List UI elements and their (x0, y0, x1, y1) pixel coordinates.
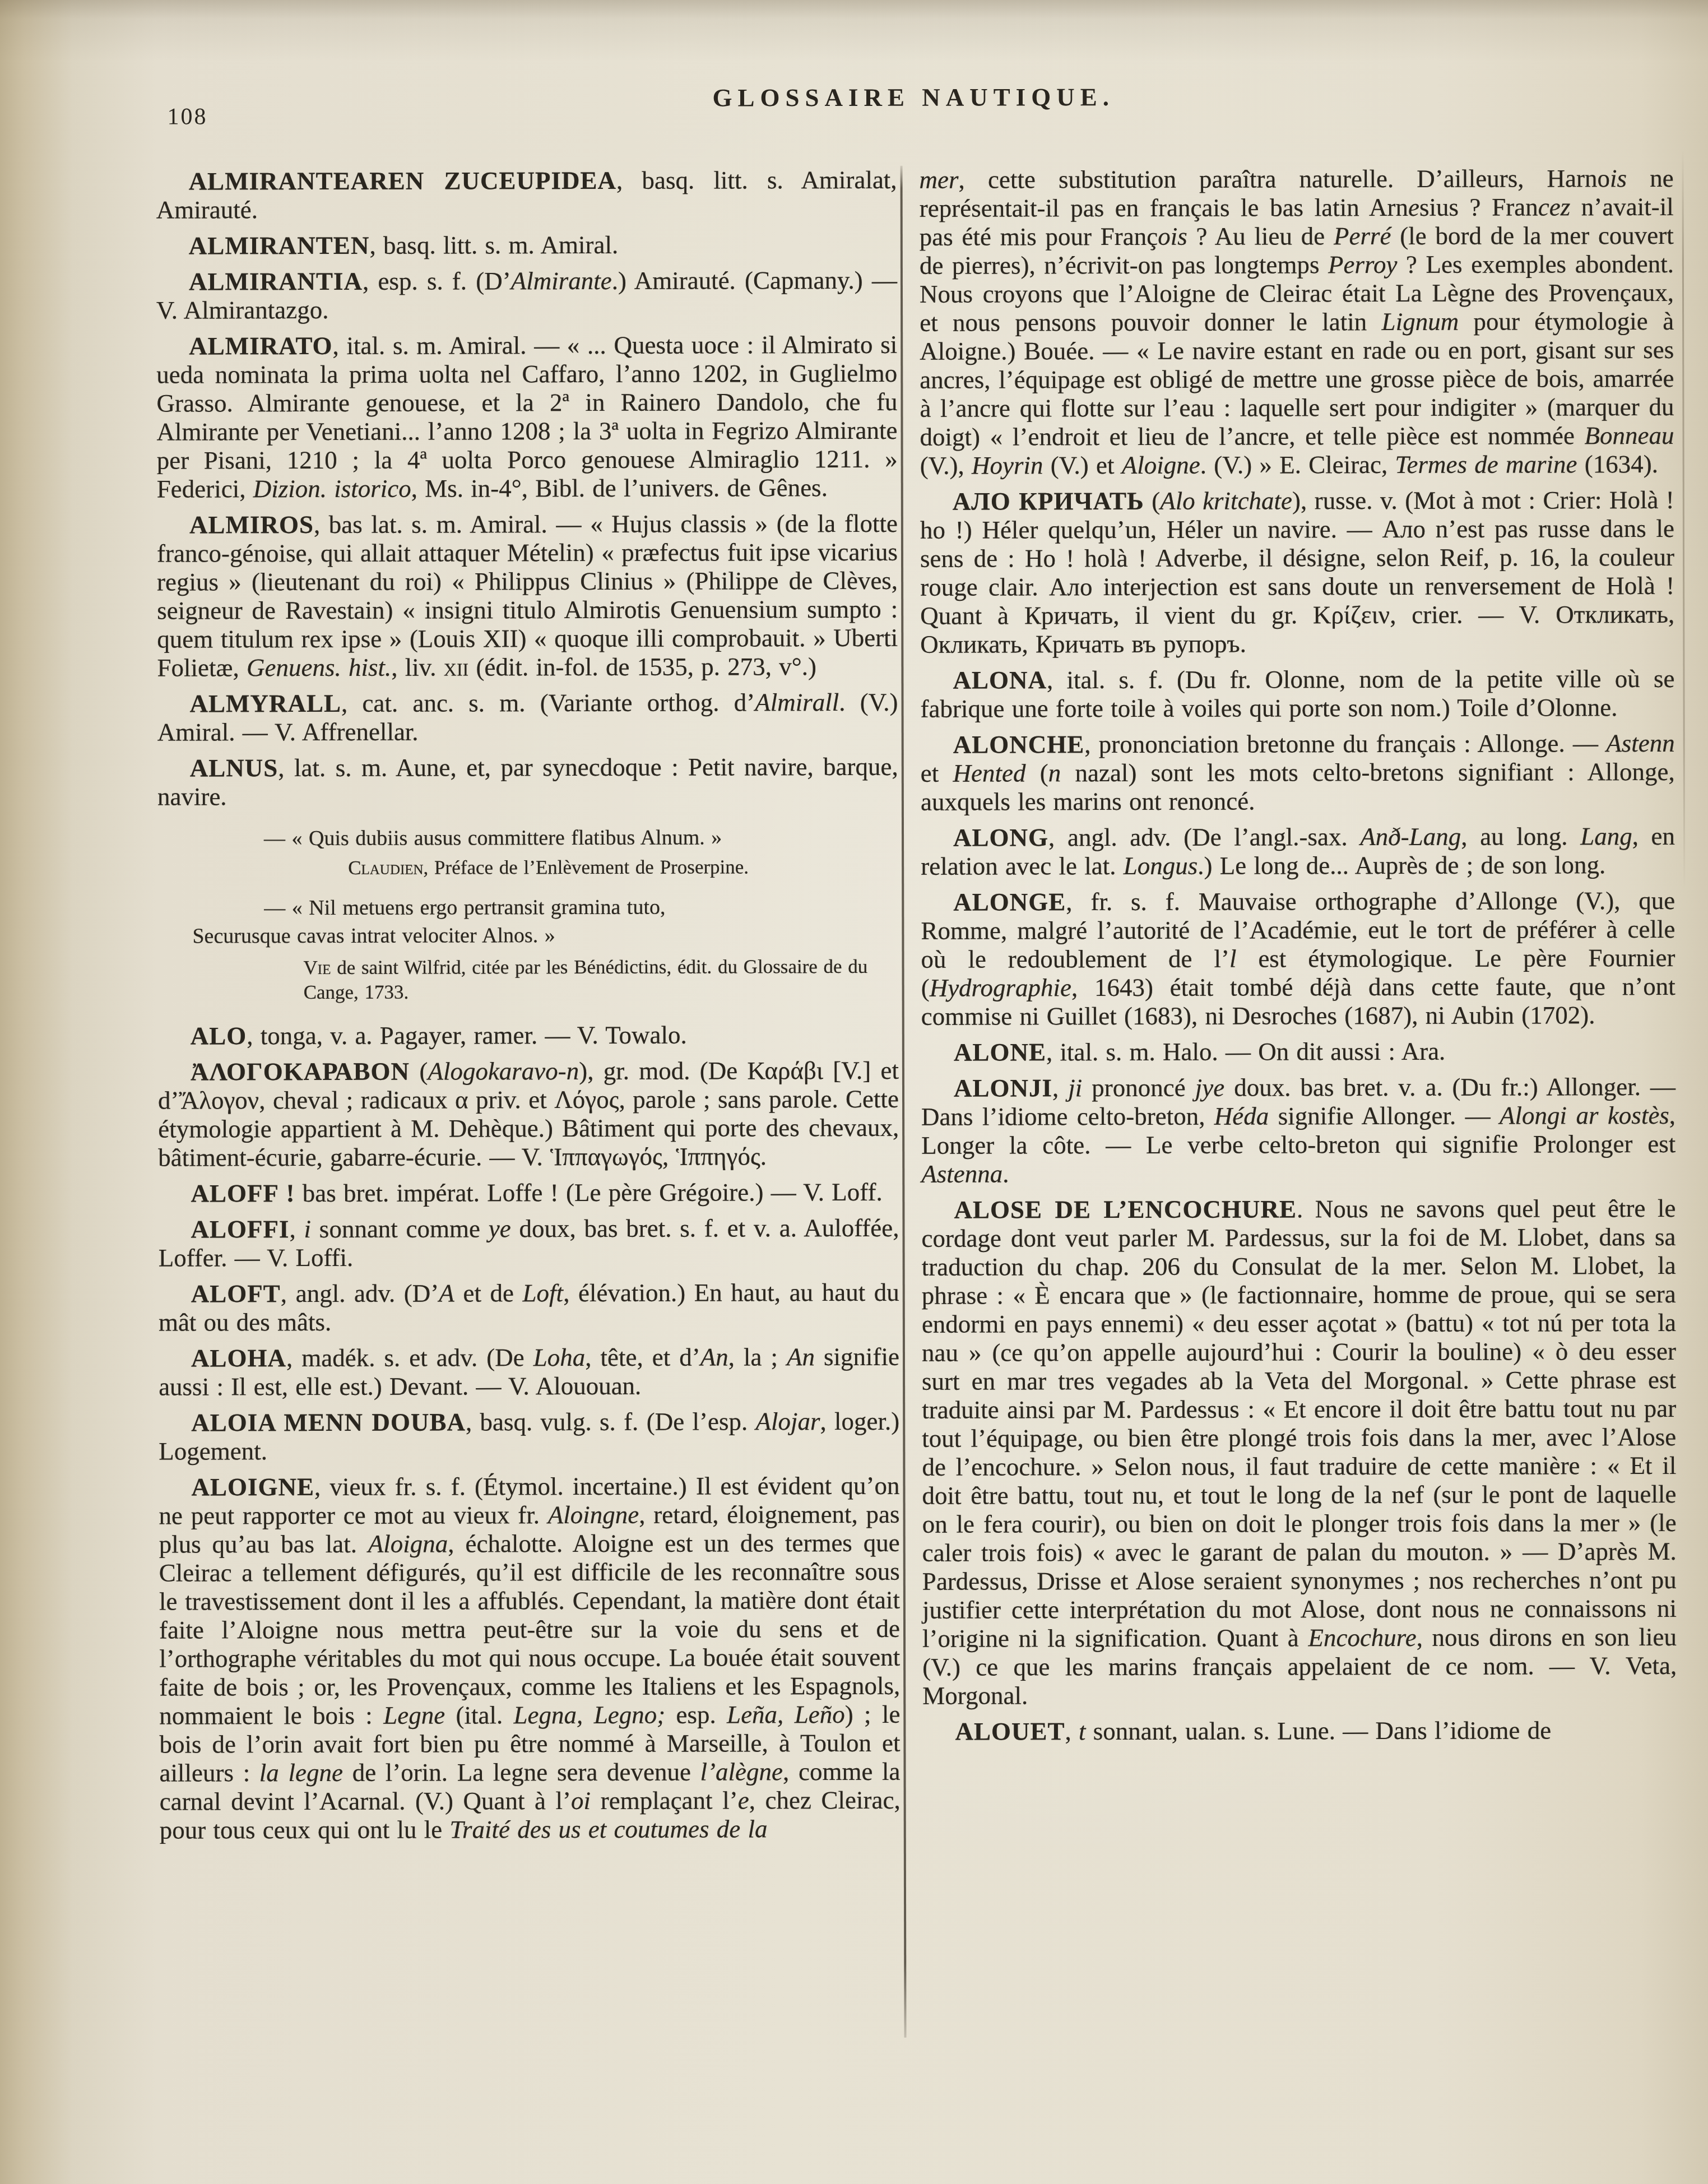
verse-wilfrid-line2: Securusque cavas intrat velociter Alnos.… (192, 922, 898, 949)
text-run: sonnant, ualan. s. Lune. — Dans l’idiome… (1085, 1716, 1551, 1745)
text-run: n (1048, 759, 1061, 787)
text-run: Vie (303, 957, 331, 979)
text-run: , (289, 1215, 304, 1243)
attribution-wilfrid: Vie de saint Wilfrid, citée par les Béné… (303, 954, 881, 1005)
text-run: (ital. (445, 1701, 514, 1729)
text-run: Hented (953, 759, 1025, 787)
right-column: mer, cette substitution paraîtra naturel… (920, 164, 1677, 1754)
text-run: Aloingne (548, 1501, 639, 1529)
text-run: , Ms. in-4°, Bibl. de l’univers. de Gêne… (411, 474, 828, 503)
entry-aloha: ALOHA, madék. s. et adv. (De Loha, tête,… (159, 1343, 899, 1402)
text-run: la legne (259, 1759, 343, 1787)
text-run: Alojar (755, 1407, 820, 1435)
text-run: ( (410, 1058, 428, 1086)
entry-along: ALONG, angl. adv. (De l’angl.-sax. Anð-L… (921, 822, 1675, 881)
text-run: Bonneau (1585, 421, 1674, 449)
entry-alonche: ALONCHE, prononciation bretonne du franç… (921, 729, 1675, 817)
entry-aloigne-continuation: mer, cette substitution paraîtra naturel… (920, 164, 1674, 480)
text-run: Traité des us et coutumes de la (449, 1815, 767, 1843)
text-run: Anð-Lang (1360, 823, 1461, 851)
text-run: , basq. vulg. s. f. (De l’esp. (466, 1407, 756, 1436)
text-run: Aloigne (1122, 451, 1200, 479)
page-edge-line (1682, 150, 1685, 889)
text-run: Hydrographie (930, 973, 1071, 1002)
entry-headword: ALMIROS (189, 511, 314, 539)
text-run: , prononciation bretonne du français : A… (1084, 729, 1606, 758)
text-run: Loft (522, 1279, 563, 1307)
entry-headword: ALOSE DE L’ENCOCHURE (954, 1195, 1297, 1223)
entry-almirantia: ALMIRANTIA, esp. s. f. (D’Almirante.) Am… (156, 266, 897, 325)
text-run: ( (1025, 759, 1048, 787)
text-run: . Nous ne savons quel peut être le corda… (921, 1194, 1676, 1653)
text-run: , ital. s. m. Halo. — On dit aussi : Ara… (1046, 1037, 1446, 1066)
text-run: An (787, 1343, 815, 1371)
text-run: ois (1158, 222, 1187, 251)
text-run: — « Quis dubiis ausus committere flatibu… (264, 826, 722, 850)
text-run: , (1052, 1074, 1068, 1102)
text-run: i (304, 1215, 312, 1243)
text-run: Leña, Leño (727, 1700, 845, 1728)
text-run: Legne (383, 1701, 445, 1729)
entry-headword: ALMYRALL (189, 689, 341, 718)
text-run: , cette substitution paraîtra naturelle.… (959, 164, 1610, 193)
verse-wilfrid-line1: — « Nil metuens ergo pertransit gramina … (264, 894, 898, 921)
text-run: Alongi ar kostès (1500, 1101, 1669, 1130)
text-run: Legna, Legno; (513, 1701, 665, 1729)
text-run: Astenn (1606, 729, 1675, 757)
text-run: , (1065, 1717, 1079, 1745)
entry-aloia-menn-douba: ALOIA MENN DOUBA, basq. vulg. s. f. (De … (159, 1407, 899, 1466)
text-run: Longus (1124, 852, 1198, 880)
text-run: Encochure (1308, 1624, 1416, 1652)
text-run: et (921, 759, 953, 787)
text-run: Termes de marine (1395, 450, 1577, 479)
text-run: Genuens. hist. (247, 653, 391, 682)
text-run: , esp. s. f. (D’ (363, 267, 511, 295)
entry-headword: ALMIRANTIA (189, 267, 363, 296)
text-run: oi (571, 1787, 591, 1815)
entry-alo-kritchate: АЛО КРИЧАТЬ (Alo kritchate), russe. v. (… (920, 486, 1675, 659)
entry-alonji: ALONJI, ji prononcé jye doux. bas bret. … (921, 1073, 1675, 1189)
entry-almiros: ALMIROS, bas lat. s. m. Amiral. — « Huju… (157, 509, 898, 683)
entry-alonge: ALONGE, fr. s. f. Mauvaise orthographe d… (921, 887, 1675, 1031)
text-run: prononcé (1082, 1074, 1195, 1102)
book-page: 108 GLOSSAIRE NAUTIQUE. ALMIRANTEAREN ZU… (0, 0, 1708, 2184)
entry-headword: АЛО КРИЧАТЬ (953, 487, 1144, 516)
text-run: Claudien (348, 857, 424, 879)
entry-headword: ALOIA MENN DOUBA (191, 1408, 466, 1436)
entry-alona: ALONA, ital. s. f. (Du fr. Olonne, nom d… (920, 665, 1674, 724)
text-run: .) Le long de... Auprès de ; de son long… (1198, 851, 1605, 880)
column-divider-rule (901, 166, 907, 2038)
entry-alogokaravon: ἈΛΟΓΟΚΑΡΑΒΟΝ (Alogokaravo-n), gr. mod. (… (158, 1056, 899, 1172)
text-run: , madék. s. et adv. (De (286, 1343, 533, 1372)
entry-headword: ALMIRATO (189, 332, 332, 360)
text-run: Alo kritchate (1160, 486, 1292, 514)
text-run: Hoyrin (972, 451, 1043, 479)
text-run: , échalotte. Aloigne est un des termes q… (159, 1529, 901, 1730)
text-run: , tonga, v. a. Pagayer, ramer. — V. Towa… (247, 1021, 687, 1050)
text-run: t (1079, 1717, 1086, 1745)
text-run: sius ? Fran (1419, 193, 1538, 221)
text-run: Almirante (511, 267, 612, 295)
entry-alouet: ALOUET, t sonnant, ualan. s. Lune. — Dan… (922, 1716, 1677, 1746)
attribution-claudien: Claudien, Préface de l’Enlèvement de Pro… (348, 855, 898, 880)
text-run: remplaçant l’ (591, 1786, 738, 1815)
verse-claudien: — « Quis dubiis ausus committere flatibu… (264, 824, 898, 851)
text-run: . (V.) » E. Cleirac, (1200, 451, 1395, 479)
entry-headword: ALONA (953, 666, 1047, 694)
text-run: A (439, 1279, 454, 1307)
text-run: mer (920, 166, 959, 194)
text-run: (édit. in-fol. de 1535, p. 273, v°.) (468, 652, 816, 681)
text-run: l (1229, 945, 1237, 973)
text-run: Alogokaravo-n (428, 1057, 579, 1086)
text-run: Almirall (755, 688, 839, 716)
text-run: Dizion. istorico (253, 475, 411, 503)
entry-almirato: ALMIRATO, ital. s. m. Amiral. — « ... Qu… (156, 331, 898, 504)
text-run: e (1408, 193, 1419, 221)
text-run: e (738, 1786, 749, 1814)
text-run: (V.), (920, 452, 972, 480)
entry-alose-de-l-encochure: ALOSE DE L’ENCOCHURE. Nous ne savons que… (921, 1194, 1677, 1710)
entry-alone: ALONE, ital. s. m. Halo. — On dit aussi … (921, 1037, 1675, 1067)
text-run: An (700, 1343, 728, 1371)
left-column: ALMIRANTEAREN ZUCEUPIDEA, basq. litt. s.… (156, 166, 901, 1852)
text-columns: ALMIRANTEAREN ZUCEUPIDEA, basq. litt. s.… (156, 164, 1678, 2039)
entry-almirantearen-zuceupidea: ALMIRANTEAREN ZUCEUPIDEA, basq. litt. s.… (156, 166, 897, 225)
text-run: , angl. adv. (D’ (281, 1279, 439, 1308)
text-run: Securusque cavas intrat velociter Alnos.… (192, 924, 555, 948)
text-run: de l’orin. La legne sera devenue (343, 1758, 700, 1787)
text-run: , basq. litt. s. m. Amiral. (369, 231, 618, 259)
entry-aloft: ALOFT, angl. adv. (D’A et de Loft, éléva… (159, 1278, 899, 1337)
text-run: bas bret. impérat. Loffe ! (Le père Grég… (295, 1178, 882, 1207)
text-run: Perroy (1328, 251, 1397, 279)
text-run: ( (1144, 487, 1161, 515)
entry-headword: ALMIRANTEN (189, 231, 370, 260)
text-run: jye (1195, 1074, 1225, 1102)
text-run: , tête, et d’ (585, 1343, 700, 1371)
entry-headword: ALOFF ! (191, 1179, 295, 1207)
text-run: , Préface de l’Enlèvement de Proserpine. (424, 856, 749, 878)
text-run: Loha (533, 1343, 586, 1371)
entry-headword: ALOUET (955, 1717, 1065, 1745)
entry-headword: ALONJI (954, 1074, 1052, 1102)
entry-headword: ALMIRANTEAREN ZUCEUPIDEA (189, 166, 616, 196)
text-run: Astenna (921, 1160, 1002, 1188)
entry-almyrall: ALMYRALL, cat. anc. s. m. (Variante orth… (157, 688, 898, 747)
text-run: Lang (1580, 822, 1632, 850)
text-run: — « Nil metuens ergo pertransit gramina … (264, 896, 665, 920)
text-run: de saint Wilfrid, citée par les Bénédict… (304, 956, 868, 1003)
entry-aloffi: ALOFFI, i sonnant comme ye doux, bas bre… (158, 1214, 899, 1273)
text-run: , angl. adv. (De l’angl.-sax. (1048, 823, 1360, 851)
text-run: Aloigna (368, 1530, 448, 1558)
text-run: , cat. anc. s. m. (Variante orthog. d’ (341, 688, 755, 717)
text-run: , la ; (728, 1343, 787, 1371)
entry-headword: ALOIGNE (191, 1473, 314, 1501)
text-run: , au long. (1461, 822, 1580, 850)
text-run: cez (1538, 193, 1571, 221)
entry-almiranten: ALMIRANTEN, basq. litt. s. m. Amiral. (156, 230, 897, 261)
text-run: xii (444, 653, 469, 681)
text-run: (1634). (1577, 450, 1658, 478)
text-run: sonnant comme (311, 1214, 489, 1243)
entry-headword: ALONG (953, 823, 1048, 851)
entry-headword: ALNUS (190, 754, 279, 782)
entry-headword: ALOHA (191, 1344, 286, 1372)
text-run: . (1002, 1160, 1009, 1188)
text-run: , liv. (391, 653, 444, 681)
text-run: Perré (1334, 222, 1391, 250)
text-run: ? Au lieu de (1187, 222, 1334, 251)
entry-headword: ALOFFI (191, 1215, 289, 1243)
text-run: et de (454, 1279, 523, 1307)
entry-headword: ALONGE (953, 888, 1066, 916)
entry-alnus: ALNUS, lat. s. m. Aune, et, par synecdoq… (157, 753, 898, 812)
entry-headword: ALO (191, 1022, 247, 1050)
entry-alo: ALO, tonga, v. a. Pagayer, ramer. — V. T… (158, 1021, 899, 1051)
text-run: ye (489, 1214, 511, 1242)
text-run: is (1610, 164, 1627, 192)
entry-aloff: ALOFF ! bas bret. impérat. Loffe ! (Le p… (158, 1178, 899, 1208)
entry-aloigne: ALOIGNE, vieux fr. s. f. (Étymol. incert… (159, 1472, 900, 1845)
text-run: (V.) et (1043, 451, 1122, 479)
entry-headword: ALONCHE (953, 730, 1085, 758)
text-run: esp. (665, 1700, 727, 1728)
running-title: GLOSSAIRE NAUTIQUE. (155, 81, 1672, 114)
entry-headword: ALONE (954, 1038, 1046, 1066)
text-run: Héda (1214, 1102, 1269, 1130)
text-run: signifie Allonger. — (1269, 1102, 1500, 1130)
text-run: ji (1068, 1074, 1082, 1102)
text-run: Lignum (1382, 308, 1459, 336)
entry-headword: ALOFT (191, 1279, 281, 1307)
text-run: l’alègne (700, 1758, 783, 1786)
entry-headword: ἈΛΟΓΟΚΑΡΑΒΟΝ (191, 1058, 410, 1086)
